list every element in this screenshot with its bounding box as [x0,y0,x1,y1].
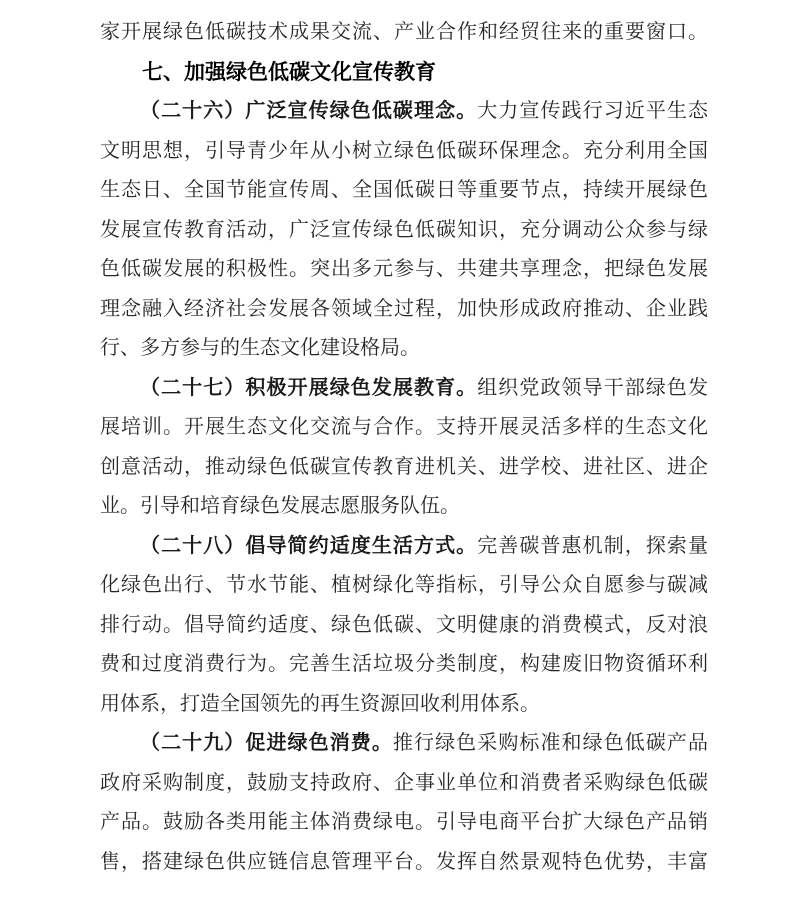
line-text: 行、多方参与的生态文化建设格局。 [100,337,420,359]
line-text: 家开展绿色低碳技术成果交流、产业合作和经贸往来的重要窗口。 [100,21,708,43]
line-text: 政府采购制度，鼓励支持政府、企事业单位和消费者采购绿色低碳 [100,772,708,794]
paragraph-lead: （二十七）积极开展绿色发展教育。 [140,377,477,399]
line-text: 完善碳普惠机制，探索量 [477,535,708,557]
line-text: 色低碳发展的积极性。突出多元参与、共建共享理念，把绿色发展 [100,258,708,280]
paragraph-lead: （二十九）促进绿色消费。 [140,732,393,754]
text-line: （二十六）广泛宣传绿色低碳理念。大力宣传践行习近平生态 [100,92,708,132]
line-text: 七、加强绿色低碳文化宣传教育 [142,61,436,84]
text-line: 用体系，打造全国领先的再生资源回收利用体系。 [100,685,708,725]
text-line: 家开展绿色低碳技术成果交流、产业合作和经贸往来的重要窗口。 [100,13,708,53]
text-line: 文明思想，引导青少年从小树立绿色低碳环保理念。充分利用全国 [100,132,708,172]
line-text: 组织党政领导干部绿色发 [477,377,708,399]
paragraph-lead: （二十六）广泛宣传绿色低碳理念。 [140,100,477,122]
text-line: 展培训。开展生态文化交流与合作。支持开展灵活多样的生态文化 [100,408,708,448]
text-line: 创意活动，推动绿色低碳宣传教育进机关、进学校、进社区、进企 [100,448,708,488]
line-text: 费和过度消费行为。完善生活垃圾分类制度，构建废旧物资循环利 [100,653,708,675]
line-text: 理念融入经济社会发展各领域全过程，加快形成政府推动、企业践 [100,298,708,320]
line-text: 用体系，打造全国领先的再生资源回收利用体系。 [100,693,540,715]
line-text: 产品。鼓励各类用能主体消费绿电。引导电商平台扩大绿色产品销 [100,811,708,833]
section-heading: 七、加强绿色低碳文化宣传教育 [100,53,708,93]
line-text: 推行绿色采购标准和绿色低碳产品 [393,732,708,754]
text-line: （二十八）倡导简约适度生活方式。完善碳普惠机制，探索量 [100,527,708,567]
text-line: 理念融入经济社会发展各领域全过程，加快形成政府推动、企业践 [100,290,708,330]
text-line: 化绿色出行、节水节能、植树绿化等指标，引导公众自愿参与碳减 [100,566,708,606]
line-text: 展培训。开展生态文化交流与合作。支持开展灵活多样的生态文化 [100,416,708,438]
text-line: 售，搭建绿色供应链信息管理平台。发挥自然景观特色优势，丰富 [100,843,708,883]
text-line: 费和过度消费行为。完善生活垃圾分类制度，构建废旧物资循环利 [100,645,708,685]
line-text: 创意活动，推动绿色低碳宣传教育进机关、进学校、进社区、进企 [100,456,708,478]
text-line: 政府采购制度，鼓励支持政府、企事业单位和消费者采购绿色低碳 [100,764,708,804]
line-text: 发展宣传教育活动，广泛宣传绿色低碳知识，充分调动公众参与绿 [100,219,708,241]
text-line: 生态日、全国节能宣传周、全国低碳日等重要节点，持续开展绿色 [100,171,708,211]
document-page: 家开展绿色低碳技术成果交流、产业合作和经贸往来的重要窗口。 七、加强绿色低碳文化… [0,0,785,920]
text-line: 排行动。倡导简约适度、绿色低碳、文明健康的消费模式，反对浪 [100,606,708,646]
text-line: 行、多方参与的生态文化建设格局。 [100,329,708,369]
text-line: 产品。鼓励各类用能主体消费绿电。引导电商平台扩大绿色产品销 [100,803,708,843]
text-line: （二十七）积极开展绿色发展教育。组织党政领导干部绿色发 [100,369,708,409]
text-line: 业。引导和培育绿色发展志愿服务队伍。 [100,487,708,527]
text-line: 色低碳发展的积极性。突出多元参与、共建共享理念，把绿色发展 [100,250,708,290]
document-text-block: 家开展绿色低碳技术成果交流、产业合作和经贸往来的重要窗口。 七、加强绿色低碳文化… [100,13,708,882]
line-text: 化绿色出行、节水节能、植树绿化等指标，引导公众自愿参与碳减 [100,574,708,596]
text-line: （二十九）促进绿色消费。推行绿色采购标准和绿色低碳产品 [100,724,708,764]
line-text: 生态日、全国节能宣传周、全国低碳日等重要节点，持续开展绿色 [100,179,708,201]
line-text: 排行动。倡导简约适度、绿色低碳、文明健康的消费模式，反对浪 [100,614,708,636]
line-text: 文明思想，引导青少年从小树立绿色低碳环保理念。充分利用全国 [100,140,708,162]
text-line: 发展宣传教育活动，广泛宣传绿色低碳知识，充分调动公众参与绿 [100,211,708,251]
line-text: 售，搭建绿色供应链信息管理平台。发挥自然景观特色优势，丰富 [100,851,708,873]
line-text: 大力宣传践行习近平生态 [477,100,708,122]
line-text: 业。引导和培育绿色发展志愿服务队伍。 [100,495,460,517]
paragraph-lead: （二十八）倡导简约适度生活方式。 [140,535,477,557]
